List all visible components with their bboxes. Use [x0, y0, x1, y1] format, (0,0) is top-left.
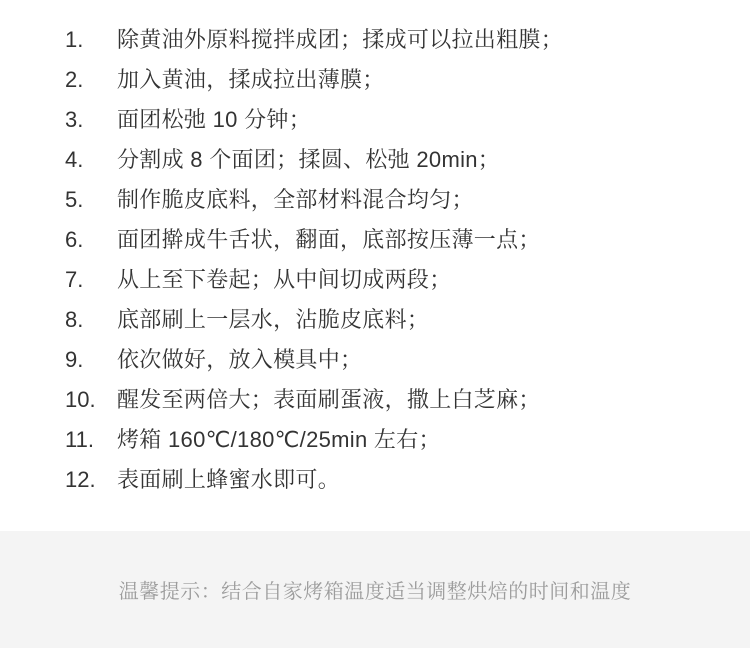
step-item: 7. 从上至下卷起；从中间切成两段；	[0, 260, 730, 300]
step-text: 面团擀成牛舌状，翻面，底部按压薄一点；	[117, 220, 730, 260]
recipe-steps-page: 1. 除黄油外原料搅拌成团；揉成可以拉出粗膜； 2. 加入黄油，揉成拉出薄膜； …	[0, 0, 750, 500]
step-number: 7.	[65, 260, 117, 300]
step-item: 3. 面团松弛 10 分钟；	[0, 100, 730, 140]
step-item: 1. 除黄油外原料搅拌成团；揉成可以拉出粗膜；	[0, 20, 730, 60]
step-item: 10. 醒发至两倍大；表面刷蛋液，撒上白芝麻；	[0, 380, 730, 420]
step-number: 11.	[65, 420, 117, 460]
step-text: 面团松弛 10 分钟；	[117, 100, 730, 140]
step-text: 从上至下卷起；从中间切成两段；	[117, 260, 730, 300]
step-number: 9.	[65, 340, 117, 380]
tip-text: 温馨提示：结合自家烤箱温度适当调整烘焙的时间和温度	[119, 575, 632, 604]
step-text: 加入黄油，揉成拉出薄膜；	[117, 60, 730, 100]
step-number: 1.	[65, 20, 117, 60]
step-number: 4.	[65, 140, 117, 180]
step-text: 表面刷上蜂蜜水即可。	[117, 460, 730, 500]
step-item: 8. 底部刷上一层水，沾脆皮底料；	[0, 300, 730, 340]
step-text: 烤箱 160℃/180℃/25min 左右；	[117, 420, 730, 460]
step-number: 10.	[65, 380, 117, 420]
step-item: 11. 烤箱 160℃/180℃/25min 左右；	[0, 420, 730, 460]
step-text: 依次做好，放入模具中；	[117, 340, 730, 380]
step-text: 分割成 8 个面团；揉圆、松弛 20min；	[117, 140, 730, 180]
step-number: 6.	[65, 220, 117, 260]
step-item: 2. 加入黄油，揉成拉出薄膜；	[0, 60, 730, 100]
steps-list: 1. 除黄油外原料搅拌成团；揉成可以拉出粗膜； 2. 加入黄油，揉成拉出薄膜； …	[0, 0, 750, 500]
step-number: 5.	[65, 180, 117, 220]
step-number: 12.	[65, 460, 117, 500]
step-number: 2.	[65, 60, 117, 100]
step-text: 醒发至两倍大；表面刷蛋液，撒上白芝麻；	[117, 380, 730, 420]
step-text: 制作脆皮底料，全部材料混合均匀；	[117, 180, 730, 220]
tip-footer: 温馨提示：结合自家烤箱温度适当调整烘焙的时间和温度	[0, 531, 750, 648]
step-item: 6. 面团擀成牛舌状，翻面，底部按压薄一点；	[0, 220, 730, 260]
step-item: 9. 依次做好，放入模具中；	[0, 340, 730, 380]
step-number: 8.	[65, 300, 117, 340]
step-text: 除黄油外原料搅拌成团；揉成可以拉出粗膜；	[117, 20, 730, 60]
step-item: 12. 表面刷上蜂蜜水即可。	[0, 460, 730, 500]
step-item: 4. 分割成 8 个面团；揉圆、松弛 20min；	[0, 140, 730, 180]
step-text: 底部刷上一层水，沾脆皮底料；	[117, 300, 730, 340]
step-number: 3.	[65, 100, 117, 140]
step-item: 5. 制作脆皮底料，全部材料混合均匀；	[0, 180, 730, 220]
